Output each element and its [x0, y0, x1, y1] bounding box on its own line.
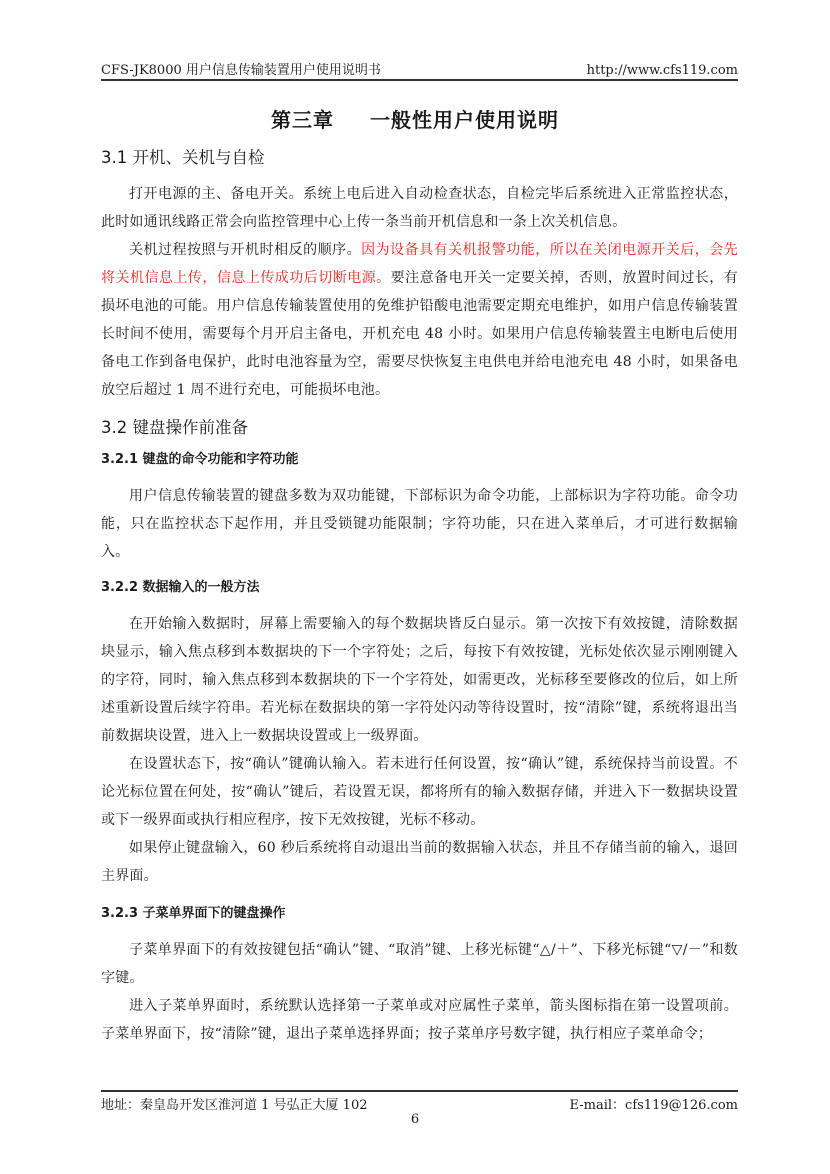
footer-address: 地址：秦皇岛开发区淮河道 1 号弘正大厦 102: [101, 1094, 367, 1113]
chapter-number: 第三章: [271, 108, 334, 132]
paragraph-3-2-1-1: 用户信息传输装置的键盘多数为双功能键，下部标识为命令功能，上部标识为字符功能。命…: [101, 482, 738, 566]
chapter-title: 第三章一般性用户使用说明: [0, 104, 830, 133]
document-page: CFS-JK8000 用户信息传输装置用户使用说明书 http://www.cf…: [0, 0, 830, 1174]
page-header: CFS-JK8000 用户信息传输装置用户使用说明书 http://www.cf…: [101, 58, 738, 78]
page-footer: 地址：秦皇岛开发区淮河道 1 号弘正大厦 102 E-mail：cfs119@1…: [101, 1094, 738, 1113]
paragraph-3-1-1: 打开电源的主、备电开关。系统上电后进入自动检查状态，自检完毕后系统进入正常监控状…: [101, 180, 738, 236]
paragraph-3-2-2-3: 如果停止键盘输入，60 秒后系统将自动退出当前的数据输入状态，并且不存储当前的输…: [101, 834, 738, 890]
section-heading-3-2: 3.2 键盘操作前准备: [101, 416, 738, 440]
footer-rule: [101, 1090, 738, 1092]
section-heading-3-2-3: 3.2.3 子菜单界面下的键盘操作: [101, 904, 738, 924]
paragraph-text: 关机过程按照与开机时相反的顺序。: [129, 242, 361, 258]
paragraph-3-2-2-2: 在设置状态下，按“确认”键确认输入。若未进行任何设置，按“确认”键，系统保持当前…: [101, 750, 738, 834]
paragraph-text: 要注意备电开关一定要关掉，否则，放置时间过长，有损坏电池的可能。用户信息传输装置…: [101, 270, 738, 398]
header-website: http://www.cfs119.com: [587, 63, 738, 78]
chapter-name: 一般性用户使用说明: [370, 108, 559, 132]
paragraph-3-2-3-1: 子菜单界面下的有效按键包括“确认”键、“取消”键、上移光标键“△/＋”、下移光标…: [101, 936, 738, 992]
page-content: 3.1 开机、关机与自检 打开电源的主、备电开关。系统上电后进入自动检查状态，自…: [101, 146, 738, 1048]
footer-email: E-mail：cfs119@126.com: [570, 1094, 738, 1113]
header-document-title: CFS-JK8000 用户信息传输装置用户使用说明书: [101, 59, 381, 78]
paragraph-3-2-2-1: 在开始输入数据时，屏幕上需要输入的每个数据块皆反白显示。第一次按下有效按键，清除…: [101, 610, 738, 750]
section-heading-3-2-2: 3.2.2 数据输入的一般方法: [101, 578, 738, 598]
header-rule: [101, 79, 738, 81]
paragraph-3-2-3-2: 进入子菜单界面时，系统默认选择第一子菜单或对应属性子菜单，箭头图标指在第一设置项…: [101, 992, 738, 1048]
page-number: 6: [0, 1112, 830, 1127]
section-heading-3-1: 3.1 开机、关机与自检: [101, 146, 738, 170]
section-heading-3-2-1: 3.2.1 键盘的命令功能和字符功能: [101, 450, 738, 470]
paragraph-3-1-2: 关机过程按照与开机时相反的顺序。因为设备具有关机报警功能，所以在关闭电源开关后，…: [101, 236, 738, 404]
